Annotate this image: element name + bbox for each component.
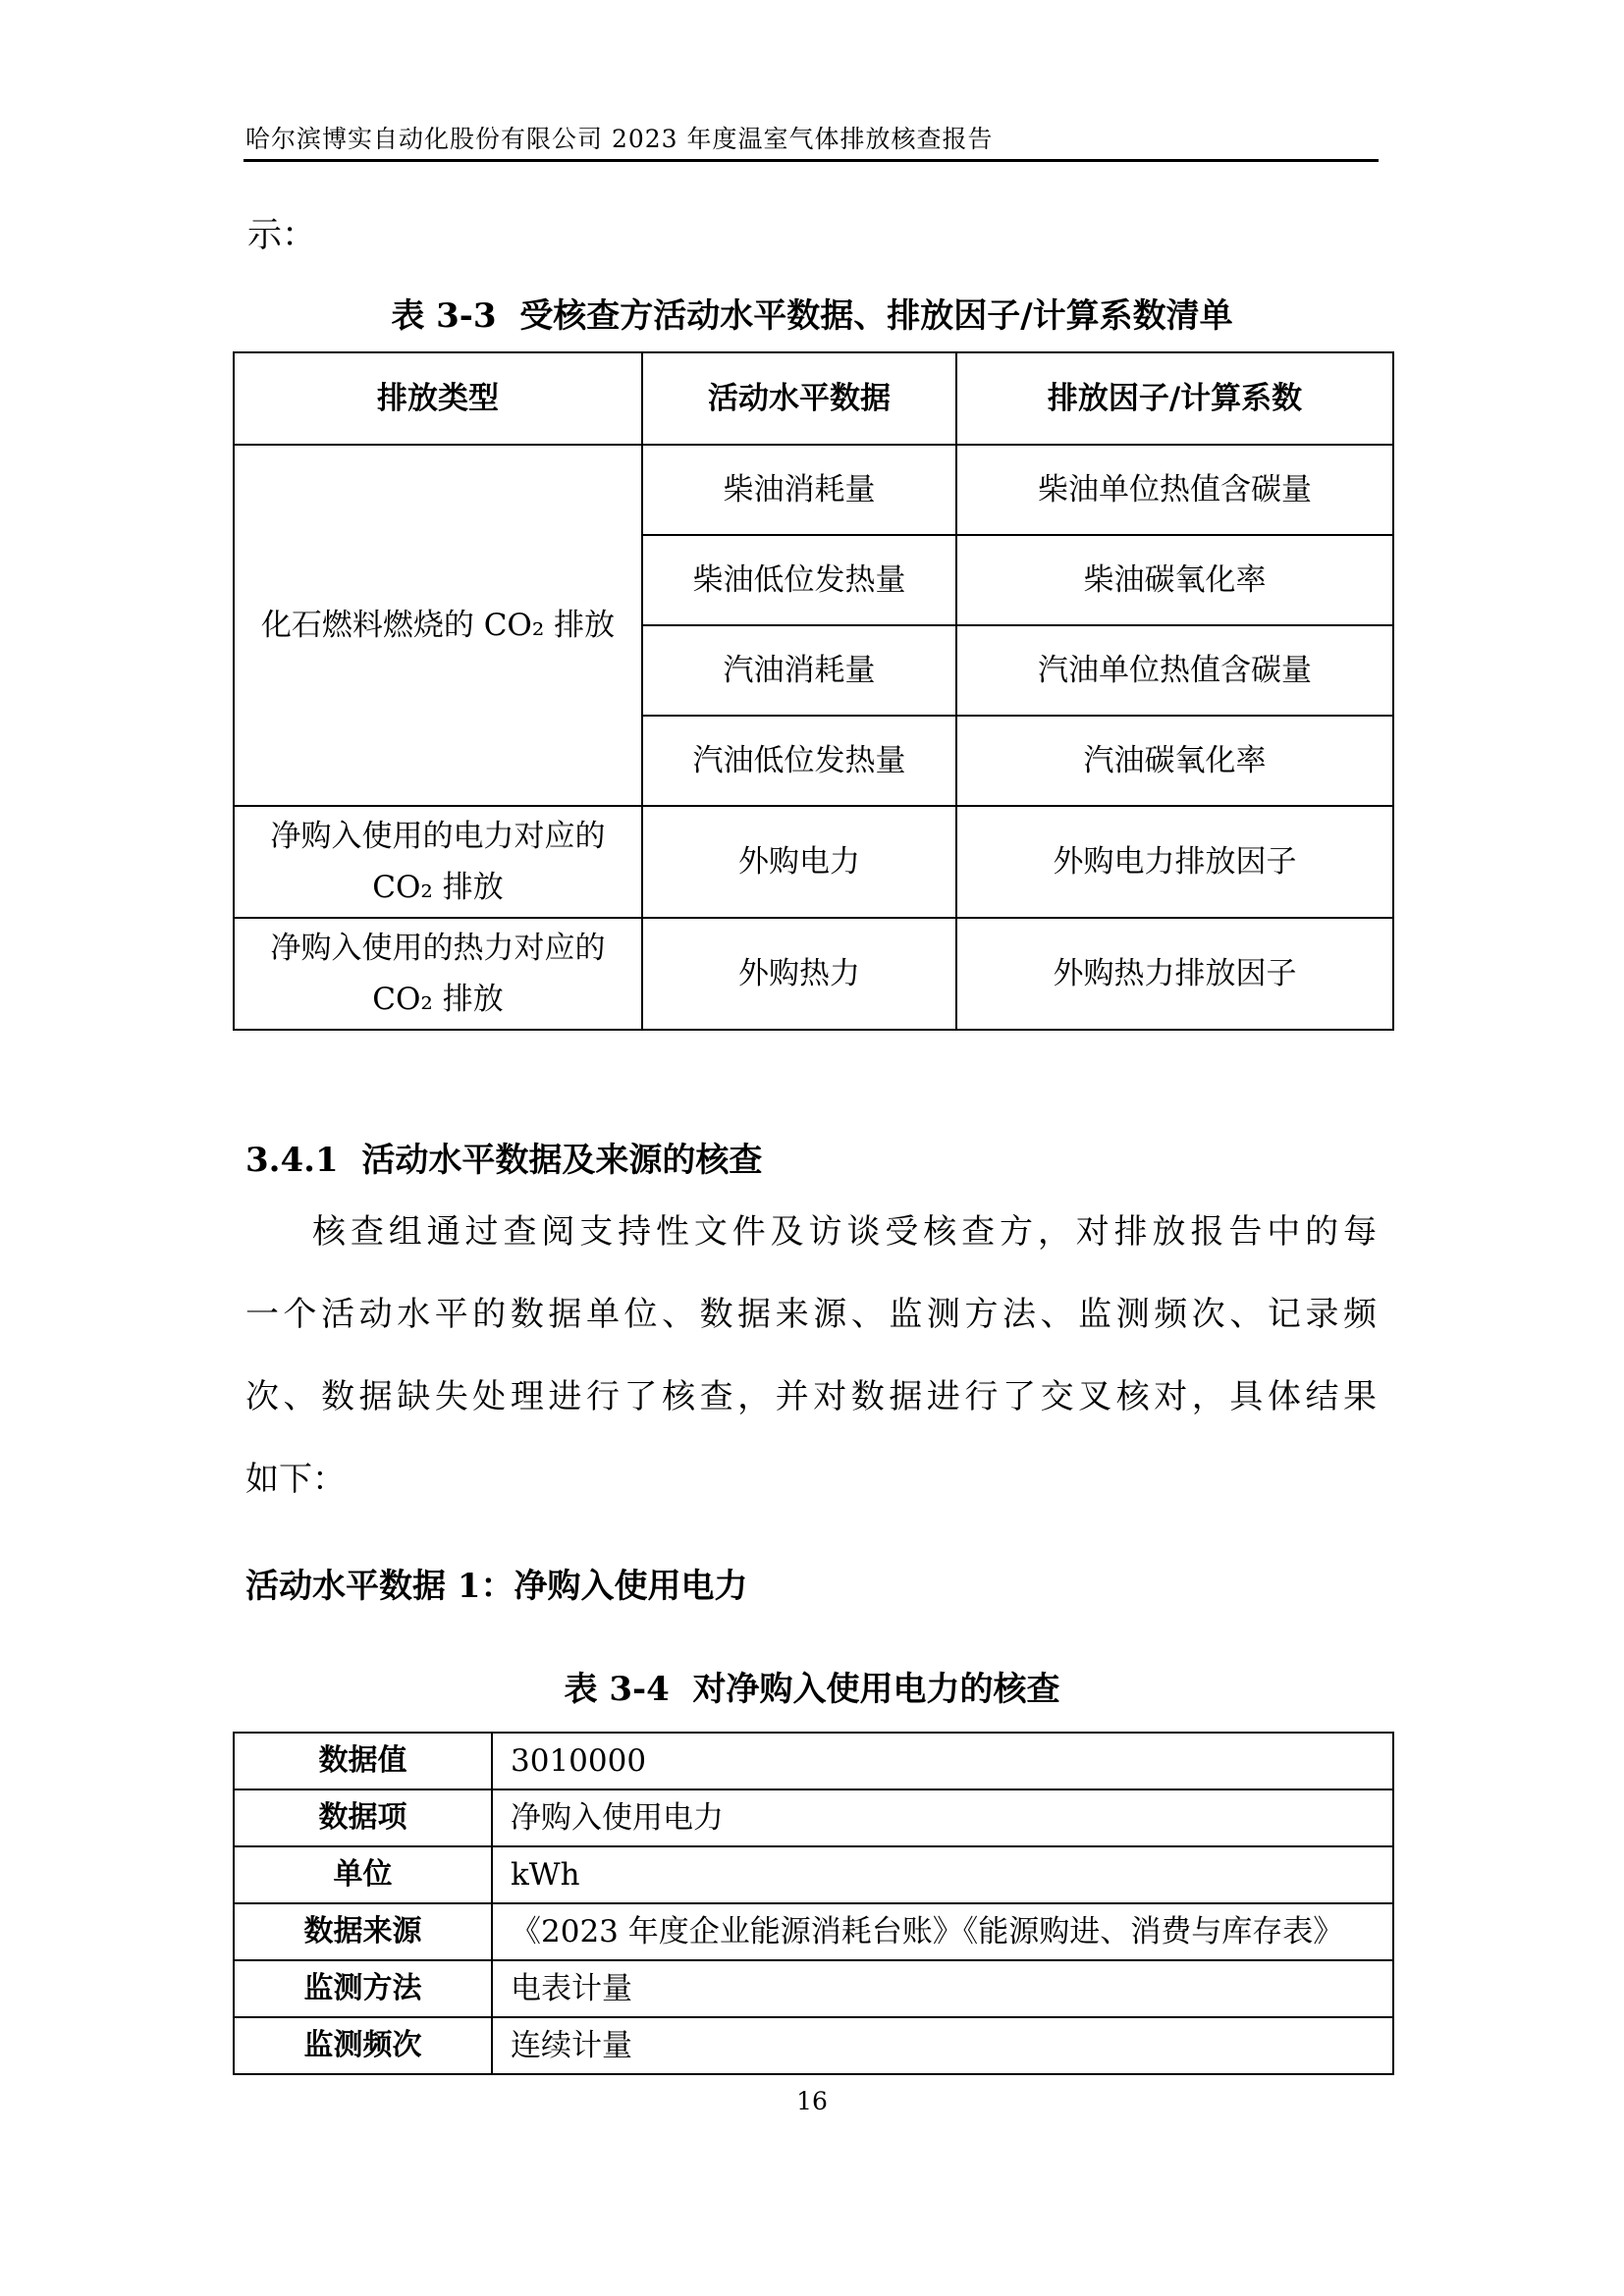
table-row: 监测频次 连续计量 [234,2017,1393,2074]
table-row: 单位 kWh [234,1846,1393,1903]
table-3-3-header-row: 排放类型 活动水平数据 排放因子/计算系数 [234,352,1393,445]
table-cell: 柴油消耗量 [642,445,956,535]
col-header-emission-type: 排放类型 [234,352,642,445]
paragraph: 核查组通过查阅支持性文件及访谈受核查方，对排放报告中的每 一个活动水平的数据单位… [245,1191,1377,1521]
table-cell: 汽油消耗量 [642,625,956,716]
row-value: kWh [492,1846,1393,1903]
lead-text: 示： [247,211,1379,260]
table-row: 监测方法 电表计量 [234,1960,1393,2017]
table-row: 净购入使用的电力对应的 CO₂ 排放 外购电力 外购电力排放因子 [234,806,1393,918]
paragraph-line: 如下： [245,1438,1377,1521]
col-header-emission-factor: 排放因子/计算系数 [956,352,1393,445]
row-value: 净购入使用电力 [492,1789,1393,1846]
row-value: 《2023 年度企业能源消耗台账》《能源购进、消费与库存表》 [492,1903,1393,1960]
table-cell: 柴油单位热值含碳量 [956,445,1393,535]
table-cell: 柴油碳氧化率 [956,535,1393,625]
table-cell: 外购电力 [642,806,956,918]
table-row: 化石燃料燃烧的 CO₂ 排放 柴油消耗量 柴油单位热值含碳量 [234,445,1393,535]
table-row: 数据项 净购入使用电力 [234,1789,1393,1846]
table-cell: 柴油低位发热量 [642,535,956,625]
paragraph-line: 一个活动水平的数据单位、数据来源、监测方法、监测频次、记录频 [245,1273,1377,1356]
paragraph-line: 次、数据缺失处理进行了核查，并对数据进行了交叉核对，具体结果 [245,1356,1377,1438]
table-3-3-title: 表 3-3 受核查方活动水平数据、排放因子/计算系数清单 [231,294,1393,339]
table-3-3: 排放类型 活动水平数据 排放因子/计算系数 化石燃料燃烧的 CO₂ 排放 柴油消… [233,351,1394,1031]
table-3-4: 数据值 3010000 数据项 净购入使用电力 单位 kWh 数据来源 《202… [233,1732,1394,2075]
header-rule [244,159,1379,162]
row-label: 数据值 [234,1733,492,1789]
row-label: 监测方法 [234,1960,492,2017]
row-label: 单位 [234,1846,492,1903]
table-cell: 净购入使用的电力对应的 CO₂ 排放 [234,806,642,918]
table-cell: 外购热力 [642,918,956,1030]
activity-data-heading: 活动水平数据 1：净购入使用电力 [245,1564,1379,1609]
table-row: 数据来源 《2023 年度企业能源消耗台账》《能源购进、消费与库存表》 [234,1903,1393,1960]
document-page: 哈尔滨博实自动化股份有限公司 2023 年度温室气体排放核查报告 示： 表 3-… [0,0,1624,2296]
running-header: 哈尔滨博实自动化股份有限公司 2023 年度温室气体排放核查报告 [245,0,1379,155]
table-row: 数据值 3010000 [234,1733,1393,1789]
section-heading-3-4-1: 3.4.1 活动水平数据及来源的核查 [245,1138,1379,1183]
table-3-4-title: 表 3-4 对净购入使用电力的核查 [231,1668,1393,1711]
row-value: 连续计量 [492,2017,1393,2074]
table-cell: 汽油单位热值含碳量 [956,625,1393,716]
row-label: 数据项 [234,1789,492,1846]
row-label: 数据来源 [234,1903,492,1960]
table-row: 净购入使用的热力对应的 CO₂ 排放 外购热力 外购热力排放因子 [234,918,1393,1030]
table-cell: 外购热力排放因子 [956,918,1393,1030]
table-cell: 净购入使用的热力对应的 CO₂ 排放 [234,918,642,1030]
table-cell: 外购电力排放因子 [956,806,1393,918]
row-value: 电表计量 [492,1960,1393,2017]
col-header-activity-data: 活动水平数据 [642,352,956,445]
paragraph-line: 核查组通过查阅支持性文件及访谈受核查方，对排放报告中的每 [245,1191,1377,1273]
row-label: 监测频次 [234,2017,492,2074]
page-number: 16 [0,2087,1624,2116]
fossil-group-cell: 化石燃料燃烧的 CO₂ 排放 [234,445,642,806]
table-cell: 汽油碳氧化率 [956,716,1393,806]
table-cell: 汽油低位发热量 [642,716,956,806]
row-value: 3010000 [492,1733,1393,1789]
